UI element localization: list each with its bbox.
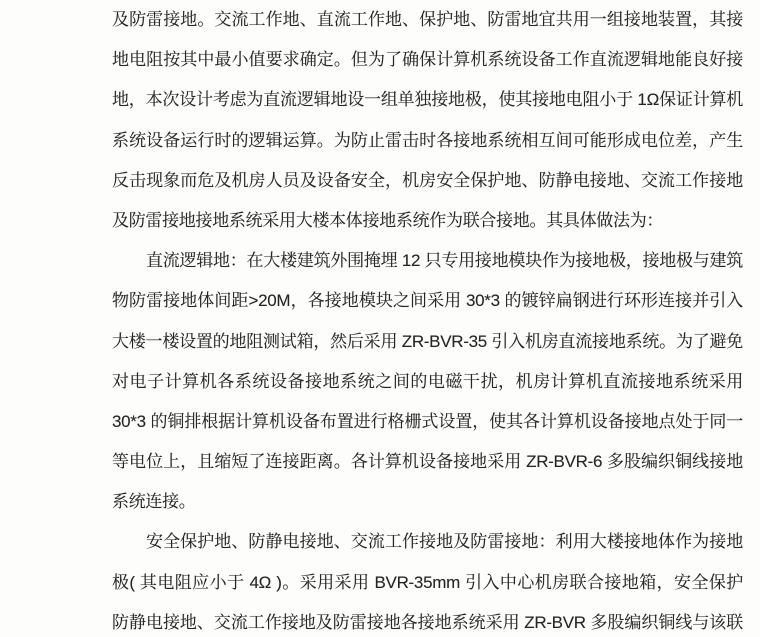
text-line: 及防雷接地。交流工作地、直流工作地、保护地、防雷地宜共用一组接地装置，其接 [112,0,743,40]
text-line: 系统连接。 [112,482,743,522]
text-line: 对电子计算机各系统设备接地系统之间的电磁干扰，机房计算机直流接地系统采用 [112,362,743,402]
text-line: 地，本次设计考虑为直流逻辑地设一组单独接地极，使其接地电阻小于 1Ω保证计算机 [112,80,743,120]
text-line: 安全保护地、防静电接地、交流工作接地及防雷接地：利用大楼接地体作为接地 [112,522,743,562]
text-line: 物防雷接地体间距>20M，各接地模块之间采用 30*3 的镀锌扁钢进行环形连接并… [112,281,743,321]
paragraph-grounding-overview: 及防雷接地。交流工作地、直流工作地、保护地、防雷地宜共用一组接地装置，其接 地电… [112,0,743,241]
text-line: 防静电接地、交流工作接地及防雷接地各接地系统采用 ZR-BVR 多股编织铜线与该… [112,603,743,637]
text-line: 30*3 的铜排根据计算机设备布置进行格栅式设置，使其各计算机设备接地点处于同一 [112,402,743,442]
paragraph-protective-ground: 安全保护地、防静电接地、交流工作接地及防雷接地：利用大楼接地体作为接地 极( 其… [112,522,743,637]
paragraph-dc-logic-ground: 直流逻辑地：在大楼建筑外围掩埋 12 只专用接地模块作为接地极，接地极与建筑 物… [112,241,743,522]
text-line: 极( 其电阻应小于 4Ω )。采用采用 BVR-35mm 引入中心机房联合接地箱… [112,563,743,603]
document-page: 及防雷接地。交流工作地、直流工作地、保护地、防雷地宜共用一组接地装置，其接 地电… [0,0,760,637]
text-line: 系统设备运行时的逻辑运算。为防止雷击时各接地系统相互间可能形成电位差，产生 [112,121,743,161]
document-text-block: 及防雷接地。交流工作地、直流工作地、保护地、防雷地宜共用一组接地装置，其接 地电… [112,0,743,637]
text-line: 大楼一楼设置的地阻测试箱，然后采用 ZR-BVR-35 引入机房直流接地系统。为… [112,322,743,362]
text-line: 反击现象而危及机房人员及设备安全，机房安全保护地、防静电接地、交流工作接地 [112,161,743,201]
text-line: 直流逻辑地：在大楼建筑外围掩埋 12 只专用接地模块作为接地极，接地极与建筑 [112,241,743,281]
text-line: 等电位上，且缩短了连接距离。各计算机设备接地采用 ZR-BVR-6 多股编织铜线… [112,442,743,482]
text-line: 地电阻按其中最小值要求确定。但为了确保计算机系统设备工作直流逻辑地能良好接 [112,40,743,80]
text-line: 及防雷接地接地系统采用大楼本体接地系统作为联合接地。其具体做法为： [112,201,743,241]
